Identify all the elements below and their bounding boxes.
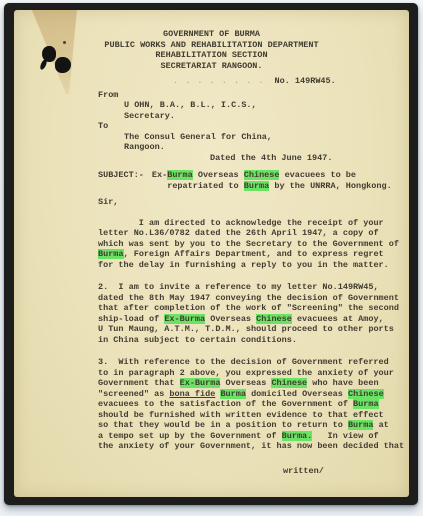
paragraph-1: I am directed to acknowledge the receipt… [98,218,404,271]
addressing-block: From U OHN, B.A., B.L., I.C.S.,Secretary… [98,90,404,153]
dotted-rule: . . . . . . . . [173,76,265,87]
typed-line: SECRETARIAT RANGOON. [14,61,409,72]
underlined-text: bona fide [169,389,215,399]
typed-line: Government that Ex-Burma Overseas Chines… [98,378,404,389]
typed-line: The Consul General for China, [124,132,404,143]
typed-letter: GOVERNMENT OF BURMAPUBLIC WORKS AND REHA… [98,29,404,476]
highlighted-text: Burma [348,420,374,430]
typed-text: letter No.L36/0782 dated the 26th April … [98,228,379,238]
highlighted-text: Burma [353,399,379,409]
recipient-block: The Consul General for China,Rangoon. [124,132,404,153]
typed-line: in China subject to certain conditions. [98,335,404,346]
typed-line: which was sent by you to the Secretary t… [98,239,404,250]
highlighted-text: Ex-Burma [180,378,221,388]
typed-text: Government that [98,378,180,388]
highlighted-text: Chinese [271,378,307,388]
to-label: To [98,121,404,132]
typed-line: letter No.L36/0782 dated the 26th April … [98,228,404,239]
sender-block: U OHN, B.A., B.L., I.C.S.,Secretary. [124,100,404,121]
typed-text: so that they would be in a position to r… [98,420,348,430]
typed-text: which was sent by you to the Secretary t… [98,239,399,249]
typed-line: ship-load of Ex-Burma Overseas Chinese e… [98,314,404,325]
typed-line: 2. I am to invite a reference to my lett… [98,282,404,293]
typed-line: evacuees to the satisfaction of the Gove… [98,399,404,410]
typed-line: REHABILITATION SECTION [14,50,409,61]
typed-line: for the delay in furnishing a reply to y… [98,260,404,271]
highlighted-text: Burma [244,181,270,191]
from-label: From [98,90,404,101]
typed-text: that after completion of the work of "Sc… [98,303,399,313]
typed-line: to in paragraph 2 above, you expressed t… [98,368,404,379]
typed-text: a tempo set up by the Government of [98,431,282,441]
typed-text: for the delay in furnishing a reply to y… [98,260,389,270]
typed-text: GOVERNMENT OF BURMA [163,29,260,39]
typed-text: at [373,420,388,430]
typed-line: "screened" as bona fide Burma domiciled … [98,389,404,400]
typed-text: U OHN, B.A., B.L., I.C.S., [124,100,257,110]
typed-line: Secretary. [124,111,404,122]
highlighted-text: Burma [98,249,124,259]
typed-text: by the UNRRA, Hongkong. [269,181,391,191]
typed-text: 2. I am to invite a reference to my lett… [98,282,379,292]
typed-text: evacuees to be [279,170,356,180]
typed-text: U Tun Maung, A.T.M., T.D.M., should proc… [98,324,394,334]
typed-text: 3. With reference to the decision of Gov… [98,357,389,367]
typed-line: 3. With reference to the decision of Gov… [98,357,404,368]
typed-text: Overseas [193,170,244,180]
typed-text: The Consul General for China, [124,132,272,142]
typed-text: Rangoon. [124,142,165,152]
letter-page: GOVERNMENT OF BURMAPUBLIC WORKS AND REHA… [14,10,409,497]
typed-line: PUBLIC WORKS AND REHABILITATION DEPARTME… [14,40,409,51]
typed-text: repatriated to [152,181,244,191]
typed-text: Secretary. [124,111,175,121]
typed-text: should be furnished with written evidenc… [98,410,384,420]
highlighted-text: Burma [167,170,193,180]
typed-line: Rangoon. [124,142,404,153]
typed-text: who have been [307,378,378,388]
typed-text: I am directed to acknowledge the receipt… [98,218,384,228]
highlighted-text: Chinese [244,170,280,180]
typed-text: in China subject to certain conditions. [98,335,297,345]
highlighted-text: Chinese [256,314,292,324]
typed-line: I am directed to acknowledge the receipt… [98,218,404,229]
typed-text: to in paragraph 2 above, you expressed t… [98,368,394,378]
reference-line: . . . . . . . . No. 149RW45. [173,76,404,87]
typed-text: ship-load of [98,314,164,324]
typed-text: evacuees at Amoy, [292,314,384,324]
subject-block: SUBJECT:- Ex-Burma Overseas Chinese evac… [98,170,404,191]
typed-text: , Foreign Affairs Department, and to exp… [124,249,384,259]
typed-text: Overseas [205,314,256,324]
typed-line: Ex-Burma Overseas Chinese evacuees to be [152,170,392,181]
typed-line: should be furnished with written evidenc… [98,410,404,421]
date-line: Dated the 4th June 1947. [210,153,404,164]
typed-line: U Tun Maung, A.T.M., T.D.M., should proc… [98,324,404,335]
typed-text: In view of [312,431,378,441]
typed-line: a tempo set up by the Government of Burm… [98,431,404,442]
typed-text: evacuees to the satisfaction of the Gove… [98,399,353,409]
letterhead: GOVERNMENT OF BURMAPUBLIC WORKS AND REHA… [14,29,409,71]
typed-line: Burma, Foreign Affairs Department, and t… [98,249,404,260]
typed-text: REHABILITATION SECTION [155,50,267,60]
typed-text: "screened" as [98,389,169,399]
typed-line: U OHN, B.A., B.L., I.C.S., [124,100,404,111]
highlighted-text: Burma. [282,431,313,441]
highlighted-text: Chinese [348,389,384,399]
salutation: Sir, [98,197,404,208]
typed-text: dated the 8th May 1947 conveying the dec… [98,293,399,303]
highlighted-text: Ex-Burma [164,314,205,324]
typed-text: the anxiety of your Government, it has n… [98,441,404,451]
paragraph-2: 2. I am to invite a reference to my lett… [98,282,404,345]
typed-text: domiciled Overseas [246,389,348,399]
typed-line: that after completion of the work of "Sc… [98,303,404,314]
typed-line: GOVERNMENT OF BURMA [14,29,409,40]
typed-text: Overseas [220,378,271,388]
document-frame: GOVERNMENT OF BURMAPUBLIC WORKS AND REHA… [4,3,418,505]
paragraph-3: 3. With reference to the decision of Gov… [98,357,404,452]
typed-text: PUBLIC WORKS AND REHABILITATION DEPARTME… [104,40,318,50]
reference-number: No. 149RW45. [275,76,336,87]
subject-text: Ex-Burma Overseas Chinese evacuees to be… [152,170,392,191]
typed-text: Ex- [152,170,167,180]
typed-line: repatriated to Burma by the UNRRA, Hongk… [152,181,392,192]
typed-line: the anxiety of your Government, it has n… [98,441,404,452]
typed-line: dated the 8th May 1947 conveying the dec… [98,293,404,304]
highlighted-text: Burma [220,389,246,399]
subject-label: SUBJECT:- [98,170,144,191]
typed-text: SECRETARIAT RANGOON. [160,61,262,71]
typed-line: so that they would be in a position to r… [98,420,404,431]
catchword: written/ [283,466,404,477]
